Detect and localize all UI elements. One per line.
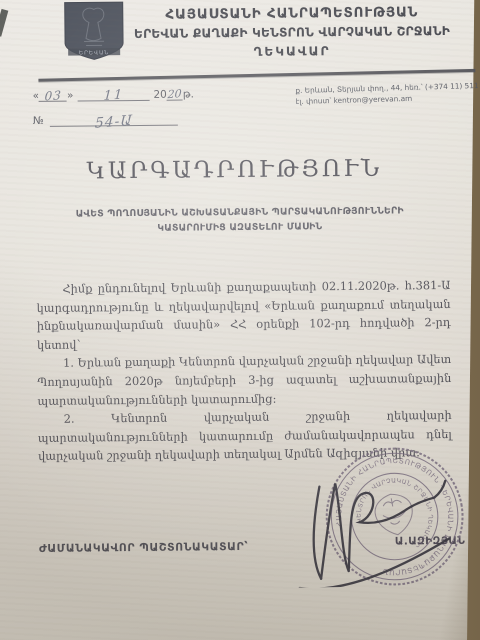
document-title: ԿԱՐԳԱԴՐՈՒԹՅՈՒՆ (0, 155, 469, 186)
date-year-blank: 20 (167, 87, 183, 101)
date-year-prefix: 20 (153, 89, 166, 101)
letterhead: ՀԱՅԱՍՏԱՆԻ ՀԱՆՐԱՊԵՏՈՒԹՅԱՆ ԵՐԵՎԱՆ ՔԱՂԱՔԻ Կ… (116, 3, 469, 63)
date-month-blank: 11 (77, 87, 149, 102)
date-day-blank: 03 (39, 88, 67, 102)
signature-stroke (315, 483, 349, 579)
acting-official-label: ԺԱՄԱՆԱԿԱՎՈՐ ՊԱՇՏՈՆԱԿԱՏԱՐ՝ (39, 540, 249, 555)
number-label: № (33, 115, 44, 127)
body-paragraph-preamble: Հիմք ընդունելով Երևանի քաղաքապետի 02.11.… (36, 276, 451, 354)
signature-stroke (297, 539, 451, 588)
signature-stroke (433, 481, 446, 498)
photo-corner-artifact (0, 9, 8, 37)
date-line: «03»112020թ. (33, 86, 194, 102)
letterhead-head-line: ՂԵԿԱՎԱՐ (116, 41, 468, 63)
contact-block: ք. Երևան, Տերյան փող., 44, հեռ.՝ (+374 1… (295, 81, 472, 107)
document-body: Հիմք ընդունելով Երևանի քաղաքապետի 02.11.… (36, 276, 452, 466)
emblem-caption: ԵՐԵՎԱՆ (79, 50, 109, 56)
photo-of-document: ԵՐԵՎԱՆ ՀԱՅԱՍՏԱՆԻ ՀԱՆՐԱՊԵՏՈՒԹՅԱՆ ԵՐԵՎԱՆ Ք… (0, 0, 480, 640)
document-content: ԵՐԵՎԱՆ ՀԱՅԱՍՏԱՆԻ ՀԱՆՐԱՊԵՏՈՒԹՅԱՆ ԵՐԵՎԱՆ Ք… (0, 0, 480, 640)
body-paragraph-point-1: 1. Երևան քաղաքի Կենտրոն վարչական շրջանի … (37, 350, 452, 410)
date-year-handwritten: 20 (167, 87, 182, 101)
date-day-handwritten: 03 (44, 88, 62, 103)
number-handwritten: 54-Ա (94, 113, 133, 132)
date-quote-close: » (67, 90, 74, 102)
date-month-handwritten: 11 (103, 87, 124, 104)
signature-stroke (344, 489, 439, 571)
date-year-suffix: թ. (183, 88, 194, 100)
handwritten-signature (285, 456, 480, 588)
number-blank: 54-Ա (50, 112, 178, 127)
header-divider-rule (38, 69, 475, 82)
letterhead-district-line: ԵՐԵՎԱՆ ՔԱՂԱՔԻ ԿԵՆՏՐՈՆ ՎԱՐՉԱԿԱՆ ՇՐՋԱՆԻ (116, 22, 468, 44)
signature-strokes (293, 477, 451, 588)
document-number-line: №54-Ա (33, 112, 178, 127)
document-subtitle: ԱՎԵՏ ՊՈՂՈՍՅԱՆԻՆ ԱՇԽԱՏԱՆՔԱՅԻՆ ՊԱՐՏԱԿԱՆՈՒԹ… (20, 204, 460, 237)
